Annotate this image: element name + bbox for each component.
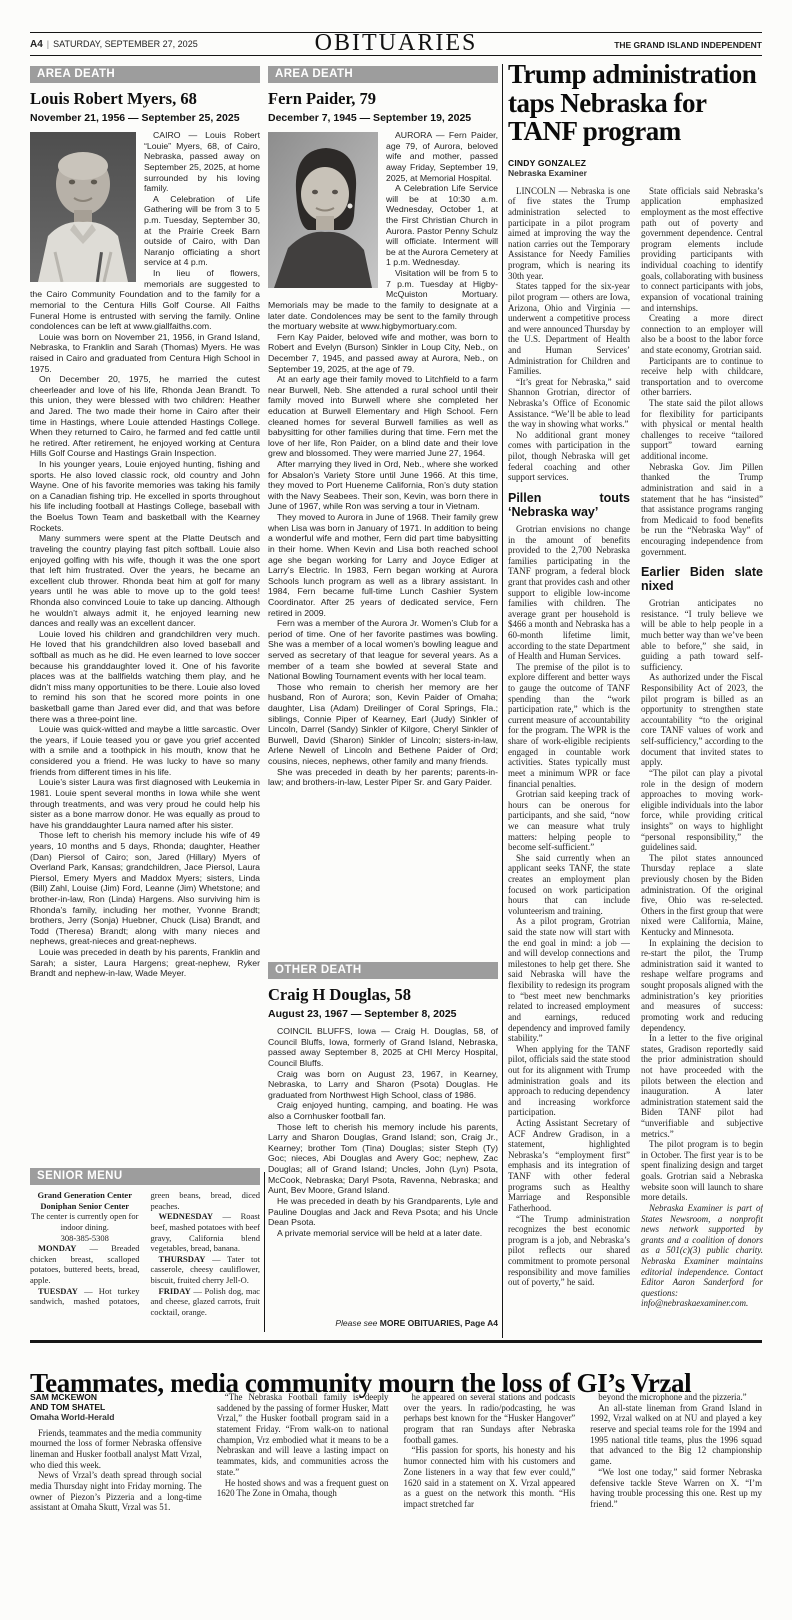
paragraph: LINCOLN — Nebraska is one of five states… (508, 186, 630, 281)
paragraph: beyond the microphone and the pizzeria.” (590, 1392, 762, 1403)
paragraph: “The pilot can play a pivotal role in th… (641, 768, 763, 853)
menu-item-wednesday: WEDNESDAY — Roast beef, mashed potatoes … (151, 1211, 261, 1254)
article-subhead: Earlier Biden slate nixed (641, 565, 763, 593)
menu-item-monday: MONDAY — Breaded chicken breast, scallop… (30, 1243, 140, 1286)
paragraph: Louie was preceded in death by his paren… (30, 947, 260, 979)
bottom-section-rule (30, 1340, 762, 1343)
paragraph: When applying for the TANF pilot, offici… (508, 1044, 630, 1118)
area-death-banner-2: AREA DEATH (268, 66, 498, 83)
article-subhead: Pillen touts ‘Nebraska way’ (508, 491, 630, 519)
obituary-dates: November 21, 1956 — September 25, 2025 (30, 112, 260, 124)
publication-name: THE GRAND ISLAND INDEPENDENT (614, 40, 762, 50)
obituary-photo-fern-paider (268, 132, 378, 288)
article-columns: LINCOLN — Nebraska is one of five states… (508, 186, 764, 1456)
paragraph: Grotrian said keeping track of hours can… (508, 789, 630, 853)
paragraph: As authorized under the Fiscal Responsib… (641, 672, 763, 767)
obituary-louis-myers: Louis Robert Myers, 68 November 21, 1956… (30, 90, 260, 1160)
paragraph: He hosted shows and was a frequent guest… (217, 1478, 389, 1499)
paragraph: “His passion for sports, his honesty and… (404, 1445, 576, 1509)
vrzal-byline: SAM MCKEWON AND TOM SHATEL Omaha World-H… (30, 1392, 202, 1423)
vrzal-column-1: SAM MCKEWON AND TOM SHATEL Omaha World-H… (30, 1392, 202, 1607)
article-column-right: State officials said Nebraska’s applicat… (641, 186, 763, 1456)
paragraph: “The Trump administration recognizes the… (508, 1214, 630, 1288)
obituary-name: Fern Paider, 79 (268, 90, 498, 108)
byline-organization: Omaha World-Herald (30, 1412, 202, 1422)
paragraph: News of Vrzal’s death spread through soc… (30, 1470, 202, 1513)
paragraph: he appeared on several stations and podc… (404, 1392, 576, 1445)
continuation-notice: Please see MORE OBITUARIES, Page A4 (268, 1318, 498, 1328)
paragraph: State officials said Nebraska’s applicat… (641, 186, 763, 313)
byline-author: AND TOM SHATEL (30, 1402, 202, 1412)
paragraph: Participants are to continue to receive … (641, 356, 763, 398)
paragraph: Those left to cherish his memory include… (268, 1122, 498, 1196)
headline-line: TANF program (508, 117, 764, 146)
paragraph: Fern Kay Paider, beloved wife and mother… (268, 332, 498, 374)
paragraph: He was preceded in death by his Grandpar… (268, 1196, 498, 1228)
paragraph: A private memorial service will be held … (268, 1228, 498, 1239)
obituary-craig-douglas: Craig H Douglas, 58 August 23, 1967 — Se… (268, 986, 498, 1310)
paragraph: Acting Assistant Secretary of ACF Andrew… (508, 1118, 630, 1213)
column-divider-senior (264, 1172, 265, 1332)
continuation-prefix: Please see (335, 1318, 379, 1328)
paragraph: Louie’s sister Laura was first diagnosed… (30, 777, 260, 830)
paragraph: COINCIL BLUFFS, Iowa — Craig H. Douglas,… (268, 1026, 498, 1068)
paragraph: Fern was a member of the Aurora Jr. Wome… (268, 618, 498, 682)
vrzal-column-3: he appeared on several stations and podc… (404, 1392, 576, 1607)
vrzal-columns: SAM MCKEWON AND TOM SHATEL Omaha World-H… (30, 1392, 762, 1607)
headline-line: taps Nebraska for (508, 89, 764, 118)
paragraph: As a pilot program, Grotrian said the st… (508, 916, 630, 1043)
continuation-target: MORE OBITUARIES, (380, 1318, 463, 1328)
senior-menu-body: Grand Generation CenterDoniphan Senior C… (30, 1190, 260, 1340)
paragraph: States tapped for the six-year pilot pro… (508, 281, 630, 376)
article-column-left: LINCOLN — Nebraska is one of five states… (508, 186, 630, 1456)
article-headline: Trump administration taps Nebraska for T… (508, 60, 764, 146)
paragraph: Louie was quick-witted and maybe a littl… (30, 724, 260, 777)
editorial-note: Nebraska Examiner is part of States News… (641, 1203, 763, 1309)
paragraph: No additional grant money comes with par… (508, 430, 630, 483)
paragraph: At an early age their family moved to Li… (268, 374, 498, 459)
obituary-dates: December 7, 1945 — September 19, 2025 (268, 112, 498, 124)
obituary-body: CAIRO — Louis Robert “Louie” Myers, 68, … (30, 130, 260, 979)
paragraph: Louie was born on November 21, 1956, in … (30, 332, 260, 374)
menu-center-text: The center is currently open for indoor … (30, 1211, 140, 1232)
paragraph: On December 20, 1975, he married the cut… (30, 374, 260, 459)
byline-author: SAM MCKEWON (30, 1392, 202, 1402)
continuation-page: Page A4 (462, 1318, 498, 1328)
paragraph: In his younger years, Louie enjoyed hunt… (30, 459, 260, 533)
paragraph: After marrying they lived in Ord, Neb., … (268, 459, 498, 512)
byline-organization: Nebraska Examiner (508, 168, 764, 178)
column-divider-main (502, 64, 503, 1338)
paragraph: Creating a more direct connection to an … (641, 313, 763, 355)
paragraph: Grotrian envisions no change in the amou… (508, 524, 630, 662)
tanf-article: Trump administration taps Nebraska for T… (508, 60, 764, 1456)
menu-item-thursday: THURSDAY — Tater tot casserole, cheesy c… (151, 1254, 261, 1286)
menu-center-title: Doniphan Senior Center (30, 1201, 140, 1212)
paragraph: Many summers were spent at the Platte De… (30, 533, 260, 628)
paragraph: They moved to Aurora in June of 1968. Th… (268, 512, 498, 618)
area-death-banner-1: AREA DEATH (30, 66, 260, 83)
paragraph: “The Nebraska Football family is deeply … (217, 1392, 389, 1478)
vrzal-column-2: “The Nebraska Football family is deeply … (217, 1392, 389, 1607)
headline-line: Trump administration (508, 60, 764, 89)
menu-center-title: Grand Generation Center (30, 1190, 140, 1201)
menu-center-text: 308-385-5308 (30, 1233, 140, 1244)
paragraph: Nebraska Gov. Jim Pillen thanked the Tru… (641, 462, 763, 557)
article-byline: CINDY GONZALEZ Nebraska Examiner (508, 158, 764, 178)
paragraph: Friends, teammates and the media communi… (30, 1428, 202, 1471)
menu-item-friday: FRIDAY — Polish dog, mac and cheese, gla… (151, 1286, 261, 1318)
paragraph: Craig enjoyed hunting, camping, and boat… (268, 1100, 498, 1121)
obituary-photo-louis-myers (30, 132, 136, 282)
paragraph: The pilot program is to begin in October… (641, 1139, 763, 1203)
paragraph: In explaining the decision to re-start t… (641, 938, 763, 1033)
paragraph: She said currently when an applicant see… (508, 853, 630, 917)
paragraph: Louie loved his children and grandchildr… (30, 629, 260, 724)
paragraph: The premise of the pilot is to explore d… (508, 662, 630, 789)
paragraph: The state said the pilot allows for flex… (641, 398, 763, 462)
paragraph: “We lost one today,” said former Nebrask… (590, 1467, 762, 1510)
paragraph: In a letter to the five original states,… (641, 1033, 763, 1139)
senior-menu-banner: SENIOR MENU (30, 1168, 260, 1185)
paragraph: The pilot states announced Thursday repl… (641, 853, 763, 938)
obituary-fern-paider: Fern Paider, 79 December 7, 1945 — Septe… (268, 90, 498, 954)
vrzal-column-4: beyond the microphone and the pizzeria.”… (590, 1392, 762, 1607)
obituary-body: COINCIL BLUFFS, Iowa — Craig H. Douglas,… (268, 1026, 498, 1238)
paragraph: An all-state lineman from Grand Island i… (590, 1403, 762, 1467)
vrzal-column-1-text: Friends, teammates and the media communi… (30, 1428, 202, 1514)
byline-author: CINDY GONZALEZ (508, 158, 764, 168)
paragraph: She was preceded in death by her parents… (268, 767, 498, 788)
obituary-body: AURORA — Fern Paider, age 79, of Aurora,… (268, 130, 498, 788)
paragraph: Grotrian anticipates no resistance. “I t… (641, 598, 763, 672)
paragraph: “It’s great for Nebraska,” said Shannon … (508, 377, 630, 430)
header-bottom-rule (30, 55, 762, 56)
obituary-dates: August 23, 1967 — September 8, 2025 (268, 1008, 498, 1020)
paragraph: Craig was born on August 23, 1967, in Ke… (268, 1069, 498, 1101)
newspaper-page: A4|SATURDAY, SEPTEMBER 27, 2025 OBITUARI… (0, 0, 792, 1620)
paragraph: Those who remain to cherish her memory a… (268, 682, 498, 767)
paragraph: Those left to cherish his memory include… (30, 830, 260, 947)
obituary-name: Craig H Douglas, 58 (268, 986, 498, 1004)
obituary-name: Louis Robert Myers, 68 (30, 90, 260, 108)
other-death-banner: OTHER DEATH (268, 962, 498, 979)
